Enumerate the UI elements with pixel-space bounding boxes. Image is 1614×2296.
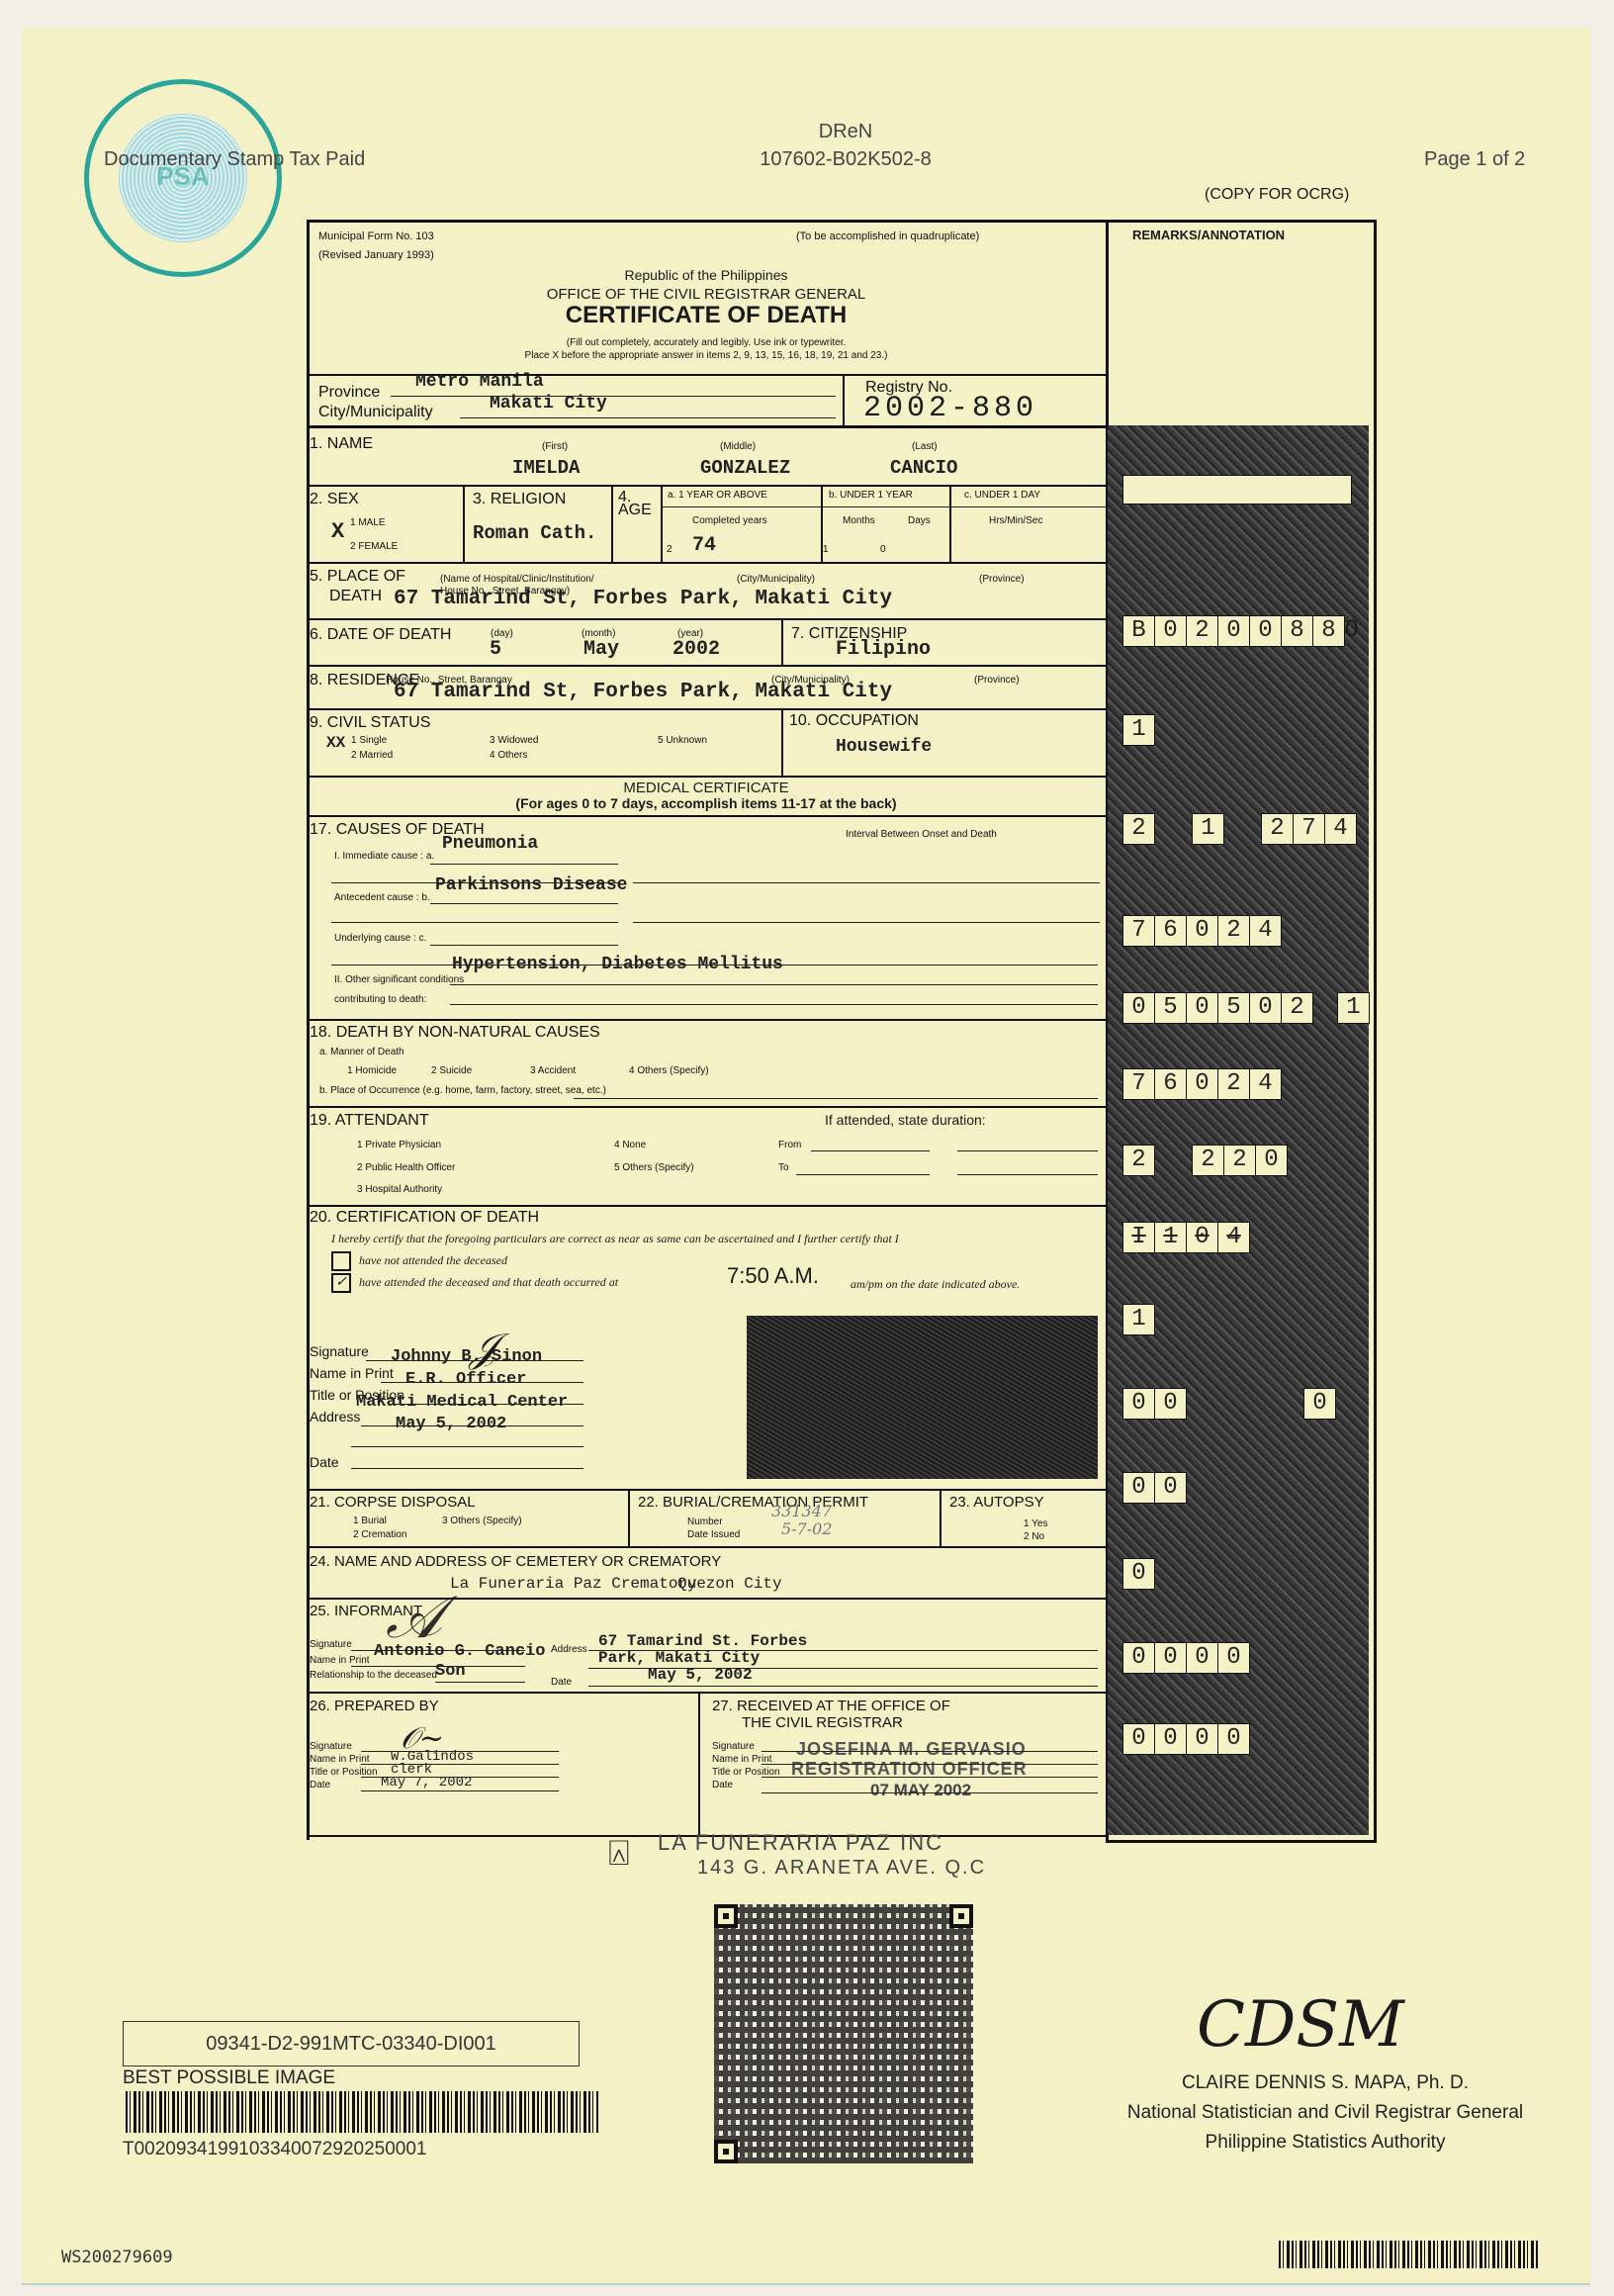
republic-label: Republic of the Philippines bbox=[307, 267, 1106, 283]
age-label: 4. AGE bbox=[618, 491, 648, 516]
informant-relationship: Son bbox=[435, 1662, 466, 1681]
code-row-5: 050502 bbox=[1122, 992, 1313, 1024]
private-physician-option[interactable]: 1 Private Physician bbox=[319, 1140, 441, 1150]
corpse-disposal-label: 21. CORPSE DISPOSAL bbox=[310, 1494, 476, 1511]
code-row-10a: 00 bbox=[1122, 1388, 1187, 1420]
death-year: 2002 bbox=[672, 638, 720, 661]
code-row-13: 0000 bbox=[1122, 1642, 1250, 1674]
cert-signature-label: Signature bbox=[310, 1343, 369, 1359]
prepared-signature-label: Signature bbox=[310, 1741, 352, 1752]
province-value: Metro Manila bbox=[415, 372, 544, 392]
place-of-death-value: 67 Tamarind St, Forbes Park, Makati City bbox=[394, 588, 892, 610]
medical-certificate-title: MEDICAL CERTIFICATE bbox=[307, 780, 1106, 796]
other-conditions-label-2: contributing to death: bbox=[334, 994, 426, 1005]
place-hint-3: (Province) bbox=[979, 574, 1025, 585]
ws-number: WS200279609 bbox=[61, 2248, 173, 2267]
civil-others-option[interactable]: 4 Others bbox=[490, 750, 527, 761]
office-label: OFFICE OF THE CIVIL REGISTRAR GENERAL bbox=[307, 286, 1106, 303]
attendant-label: 19. ATTENDANT bbox=[310, 1112, 429, 1130]
suicide-option[interactable]: 2 Suicide bbox=[405, 1065, 472, 1076]
code-row-3c: 274 bbox=[1261, 813, 1357, 845]
time-of-death: 7:50 A.M. bbox=[727, 1263, 819, 1289]
not-attended-label: have not attended the deceased bbox=[359, 1253, 507, 1267]
age-code-c: 0 bbox=[880, 544, 886, 555]
permit-label: 22. BURIAL/CREMATION PERMIT bbox=[638, 1494, 868, 1511]
middle-name-label: (Middle) bbox=[720, 441, 756, 452]
remarks-label: REMARKS/ANNOTATION bbox=[1132, 228, 1285, 242]
qr-corner-icon bbox=[714, 2140, 738, 2163]
dren-label: DReN bbox=[727, 121, 964, 143]
place-of-death-label-2: DEATH bbox=[329, 588, 382, 605]
age-code-a: 2 bbox=[667, 544, 672, 555]
qr-code bbox=[714, 1904, 973, 2163]
civil-status-mark: XX bbox=[326, 734, 345, 752]
form-number: Municipal Form No. 103 bbox=[318, 230, 434, 242]
others-option[interactable]: 4 Others (Specify) bbox=[603, 1065, 709, 1076]
cremation-option[interactable]: 2 Cremation bbox=[331, 1529, 406, 1540]
redacted-area bbox=[747, 1316, 1098, 1479]
informant-signature: 𝒜 bbox=[386, 1583, 442, 1652]
residence-hint-3: (Province) bbox=[974, 675, 1020, 686]
place-of-death-label: 5. PLACE OF bbox=[310, 568, 405, 586]
occupation-value: Housewife bbox=[836, 737, 932, 757]
other-conditions: Hypertension, Diabetes Mellitus bbox=[452, 955, 783, 974]
time-suffix: am/pm on the date indicated above. bbox=[851, 1277, 1020, 1292]
signatory-organization: Philippine Statistics Authority bbox=[1088, 2132, 1563, 2154]
reference-box bbox=[1122, 475, 1352, 505]
instructions-1: (Fill out completely, accurately and leg… bbox=[307, 337, 1106, 348]
informant-relationship-label: Relationship to the deceased bbox=[310, 1670, 437, 1681]
signatory-name: CLAIRE DENNIS S. MAPA, Ph. D. bbox=[1088, 2072, 1563, 2094]
certifier-date: May 5, 2002 bbox=[396, 1415, 506, 1433]
age-code-b: 1 bbox=[823, 544, 829, 555]
civil-unknown-option[interactable]: 5 Unknown bbox=[658, 735, 707, 746]
permit-date-label: Date Issued bbox=[687, 1529, 740, 1540]
received-date-stamp: 07 MAY 2002 bbox=[870, 1781, 971, 1800]
code-row-7a: 2 bbox=[1122, 1145, 1155, 1176]
religion-value: Roman Cath. bbox=[473, 522, 596, 544]
medical-certificate-subtitle: (For ages 0 to 7 days, accomplish items … bbox=[307, 795, 1106, 811]
informant-address-label: Address bbox=[551, 1644, 587, 1655]
duration-label: If attended, state duration: bbox=[825, 1112, 986, 1128]
burial-option[interactable]: 1 Burial bbox=[331, 1515, 387, 1526]
autopsy-label: 23. AUTOPSY bbox=[949, 1494, 1044, 1511]
religion-label: 3. RELIGION bbox=[473, 491, 566, 508]
qr-corner-icon bbox=[949, 1904, 973, 1928]
date-of-death-label: 6. DATE OF DEATH bbox=[310, 626, 451, 644]
certificate-title: CERTIFICATE OF DEATH bbox=[307, 302, 1106, 329]
code-row-3a: 2 bbox=[1122, 813, 1155, 845]
code-row-10b: 0 bbox=[1303, 1388, 1336, 1420]
autopsy-yes-option[interactable]: 1 Yes bbox=[1024, 1518, 1047, 1529]
place-hint-1: (Name of Hospital/Clinic/Institution/ bbox=[440, 574, 594, 585]
registry-number: 2002-880 bbox=[863, 392, 1037, 425]
best-image-label: BEST POSSIBLE IMAGE bbox=[123, 2067, 335, 2089]
code-row-5-extra: 1 bbox=[1337, 992, 1370, 1024]
form-revised: (Revised January 1993) bbox=[318, 249, 434, 261]
civil-widowed-option[interactable]: 3 Widowed bbox=[490, 735, 538, 746]
city-value: Makati City bbox=[490, 394, 607, 413]
code-row-12: 0 bbox=[1122, 1558, 1155, 1590]
psa-seal: PSA bbox=[84, 79, 282, 277]
cert-date-label: Date bbox=[310, 1454, 339, 1470]
certifier-title: E.R. Officer bbox=[405, 1370, 526, 1389]
days-label: Days bbox=[908, 515, 931, 526]
code-row-1: B020088 bbox=[1122, 615, 1345, 647]
last-name: CANCIO bbox=[890, 457, 957, 479]
document-barcode bbox=[126, 2091, 598, 2133]
informant-date-label: Date bbox=[551, 1677, 572, 1688]
received-label-2: THE CIVIL REGISTRAR bbox=[742, 1714, 903, 1731]
code-row-14: 0000 bbox=[1122, 1723, 1250, 1755]
certification-label: 20. CERTIFICATION OF DEATH bbox=[310, 1209, 539, 1227]
age-years: 74 bbox=[692, 534, 716, 557]
stamp-logo-icon: ⍓ bbox=[608, 1832, 630, 1875]
registrar-general-signature: CDSM bbox=[1197, 1988, 1404, 2062]
reference-code: 09341-D2-991MTC-03340-DI001 bbox=[123, 2021, 580, 2066]
certifier-address: Makati Medical Center bbox=[356, 1393, 568, 1412]
completed-years-label: Completed years bbox=[692, 515, 767, 526]
accident-option[interactable]: 3 Accident bbox=[504, 1065, 576, 1076]
residence-value: 67 Tamarind St, Forbes Park, Makati City bbox=[394, 681, 892, 703]
cert-address-label: Address bbox=[310, 1409, 360, 1424]
certifier-name: Johnny B. Sinon bbox=[391, 1347, 542, 1366]
cemetery-city: Quezon City bbox=[677, 1575, 782, 1593]
barcode-text: T0020934199103340072920250001 bbox=[123, 2139, 426, 2160]
immediate-cause: Pneumonia bbox=[442, 834, 538, 854]
immediate-cause-label: I. Immediate cause : a. bbox=[334, 851, 434, 862]
copy-for-label: (COPY FOR OCRG) bbox=[1205, 186, 1349, 204]
prepared-by-label: 26. PREPARED BY bbox=[310, 1698, 439, 1714]
cemetery-label: 24. NAME AND ADDRESS OF CEMETERY OR CREM… bbox=[310, 1553, 721, 1570]
sex-label: 2. SEX bbox=[310, 491, 359, 508]
corpse-others-option[interactable]: 3 Others (Specify) bbox=[420, 1515, 522, 1526]
occupation-label: 10. OCCUPATION bbox=[789, 712, 919, 730]
interval-label: Interval Between Onset and Death bbox=[846, 829, 997, 840]
funeraria-stamp-line2: 143 G. ARANETA AVE. Q.C bbox=[697, 1857, 986, 1880]
certifier-signature: 𝒥 bbox=[470, 1326, 497, 1371]
death-month: May bbox=[583, 638, 619, 661]
registrar-name-stamp: JOSEFINA M. GERVASIO bbox=[796, 1739, 1027, 1760]
antecedent-cause: Parkinsons Disease bbox=[435, 875, 627, 895]
received-label: 27. RECEIVED AT THE OFFICE OF bbox=[712, 1698, 950, 1714]
middle-name: GONZALEZ bbox=[700, 457, 790, 479]
antecedent-cause-label: Antecedent cause : b. bbox=[334, 892, 430, 903]
civil-married-option[interactable]: 2 Married bbox=[351, 750, 393, 761]
dren-number: 107602-B02K502-8 bbox=[692, 148, 999, 171]
hospital-authority-option[interactable]: 3 Hospital Authority bbox=[319, 1184, 442, 1195]
permit-date: 5-7-02 bbox=[781, 1519, 833, 1538]
other-conditions-label: II. Other significant conditions bbox=[334, 974, 464, 985]
informant-signature-label: Signature bbox=[310, 1639, 352, 1650]
citizenship-value: Filipino bbox=[836, 638, 931, 661]
place-of-occurrence-label: b. Place of Occurrence (e.g. home, farm,… bbox=[319, 1085, 606, 1096]
death-day: 5 bbox=[490, 638, 501, 661]
province-label: Province bbox=[318, 384, 380, 402]
civil-status-label: 9. CIVIL STATUS bbox=[310, 714, 430, 732]
last-name-label: (Last) bbox=[912, 441, 938, 452]
funeraria-stamp-line1: LA FUNERARIA PAZ INC bbox=[658, 1830, 943, 1856]
underlying-cause-label: Underlying cause : c. bbox=[334, 933, 426, 944]
first-name: IMELDA bbox=[512, 457, 580, 479]
attended-checkbox[interactable]: ✓ bbox=[331, 1273, 351, 1293]
manner-of-death-label: a. Manner of Death bbox=[319, 1047, 404, 1057]
sex-male-option[interactable]: 1 MALE bbox=[336, 517, 386, 528]
quadruplicate-note: (To be accomplished in quadruplicate) bbox=[796, 230, 979, 242]
received-signature-label: Signature bbox=[712, 1741, 755, 1752]
code-row-2: 1 bbox=[1122, 714, 1155, 746]
certification-text: I hereby certify that the foregoing part… bbox=[331, 1232, 899, 1246]
civil-single-option[interactable]: 1 Single bbox=[351, 735, 387, 746]
age-a-header: a. 1 YEAR OR ABOVE bbox=[668, 490, 767, 501]
code-row-1-extra: 0 bbox=[1345, 615, 1358, 643]
informant-name-label: Name in Print bbox=[310, 1655, 370, 1666]
code-row-8: I104 bbox=[1122, 1222, 1250, 1253]
code-row-9: 1 bbox=[1122, 1304, 1155, 1335]
homicide-option[interactable]: 1 Homicide bbox=[319, 1065, 397, 1076]
non-natural-label: 18. DEATH BY NON-NATURAL CAUSES bbox=[310, 1024, 600, 1042]
received-date-label: Date bbox=[712, 1780, 733, 1791]
signatory-title: National Statistician and Civil Registra… bbox=[1078, 2102, 1572, 2124]
autopsy-no-option[interactable]: 2 No bbox=[1024, 1531, 1044, 1542]
code-row-4: 76024 bbox=[1122, 915, 1282, 947]
from-label: From bbox=[778, 1140, 801, 1150]
others-specify-option[interactable]: 5 Others (Specify) bbox=[577, 1162, 694, 1173]
place-hint-2: (City/Municipality) bbox=[737, 574, 815, 585]
none-option[interactable]: 4 None bbox=[577, 1140, 646, 1150]
informant-address-1: 67 Tamarind St. Forbes bbox=[598, 1632, 807, 1650]
to-label: To bbox=[778, 1162, 789, 1173]
attended-label: have attended the deceased and that deat… bbox=[359, 1275, 618, 1289]
name-label: 1. NAME bbox=[310, 435, 373, 453]
code-row-11: 00 bbox=[1122, 1472, 1187, 1504]
instructions-2: Place X before the appropriate answer in… bbox=[307, 350, 1106, 361]
code-row-6: 76024 bbox=[1122, 1068, 1282, 1100]
page-indicator: Page 1 of 2 bbox=[1424, 148, 1525, 171]
age-b-header: b. UNDER 1 YEAR bbox=[829, 490, 913, 501]
not-attended-checkbox[interactable] bbox=[331, 1251, 351, 1271]
first-name-label: (First) bbox=[542, 441, 568, 452]
age-c-header: c. UNDER 1 DAY bbox=[964, 490, 1040, 501]
cert-name-label: Name in Print bbox=[310, 1365, 394, 1381]
cemetery-name: La Funeraria Paz Crematory bbox=[450, 1575, 697, 1593]
sex-female-option[interactable]: 2 FEMALE bbox=[336, 541, 398, 552]
months-label: Months bbox=[843, 515, 875, 526]
qr-corner-icon bbox=[714, 1904, 738, 1928]
hms-label: Hrs/Min/Sec bbox=[989, 515, 1042, 526]
permit-number: 331347 bbox=[771, 1502, 832, 1520]
code-row-3b: 1 bbox=[1192, 813, 1224, 845]
permit-number-label: Number bbox=[687, 1516, 723, 1527]
informant-address-2: Park, Makati City bbox=[598, 1649, 760, 1667]
public-health-option[interactable]: 2 Public Health Officer bbox=[319, 1162, 455, 1173]
stamp-tax-label: Documentary Stamp Tax Paid bbox=[104, 148, 365, 171]
page-barcode bbox=[1279, 2241, 1538, 2268]
code-row-7b: 220 bbox=[1192, 1145, 1288, 1176]
city-label: City/Municipality bbox=[318, 404, 433, 421]
prepared-date-label: Date bbox=[310, 1780, 330, 1791]
